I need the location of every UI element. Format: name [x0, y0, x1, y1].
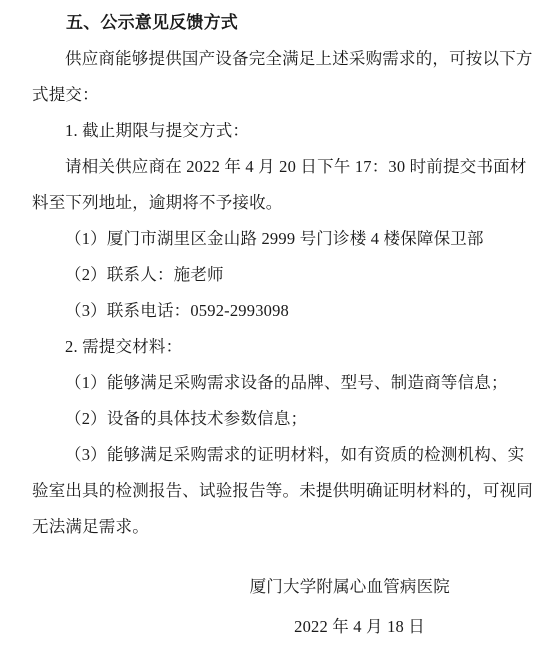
signature-organization: 厦门大学附属心血管病医院	[32, 569, 527, 605]
item2-subitem-3-line-3: 无法满足需求。	[32, 509, 527, 545]
intro-paragraph-line-1: 供应商能够提供国产设备完全满足上述采购需求的，可按以下方	[32, 41, 527, 77]
signature-date: 2022 年 4 月 18 日	[32, 609, 527, 645]
item2-subitem-1: （1）能够满足采购需求设备的品牌、型号、制造商等信息；	[32, 365, 527, 401]
item1-title: 1. 截止期限与提交方式：	[32, 113, 527, 149]
item2-subitem-3-line-2: 验室出具的检测报告、试验报告等。未提供明确证明材料的，可视同	[32, 473, 527, 509]
item1-body-line-1: 请相关供应商在 2022 年 4 月 20 日下午 17：30 时前提交书面材	[32, 149, 527, 185]
item1-subitem-contact-person: （2）联系人：施老师	[32, 257, 527, 293]
item2-title: 2. 需提交材料：	[32, 329, 527, 365]
signature-block: 厦门大学附属心血管病医院 2022 年 4 月 18 日	[32, 569, 527, 645]
intro-paragraph-line-2: 式提交：	[32, 77, 527, 113]
item2-subitem-2: （2）设备的具体技术参数信息；	[32, 401, 527, 437]
item1-subitem-address: （1）厦门市湖里区金山路 2999 号门诊楼 4 楼保障保卫部	[32, 221, 527, 257]
item2-subitem-3-line-1: （3）能够满足采购需求的证明材料，如有资质的检测机构、实	[32, 437, 527, 473]
section-heading: 五、公示意见反馈方式	[32, 5, 527, 41]
document-page: 五、公示意见反馈方式 供应商能够提供国产设备完全满足上述采购需求的，可按以下方 …	[0, 0, 559, 656]
item1-body-line-2: 料至下列地址，逾期将不予接收。	[32, 185, 527, 221]
item1-subitem-phone: （3）联系电话：0592-2993098	[32, 293, 527, 329]
